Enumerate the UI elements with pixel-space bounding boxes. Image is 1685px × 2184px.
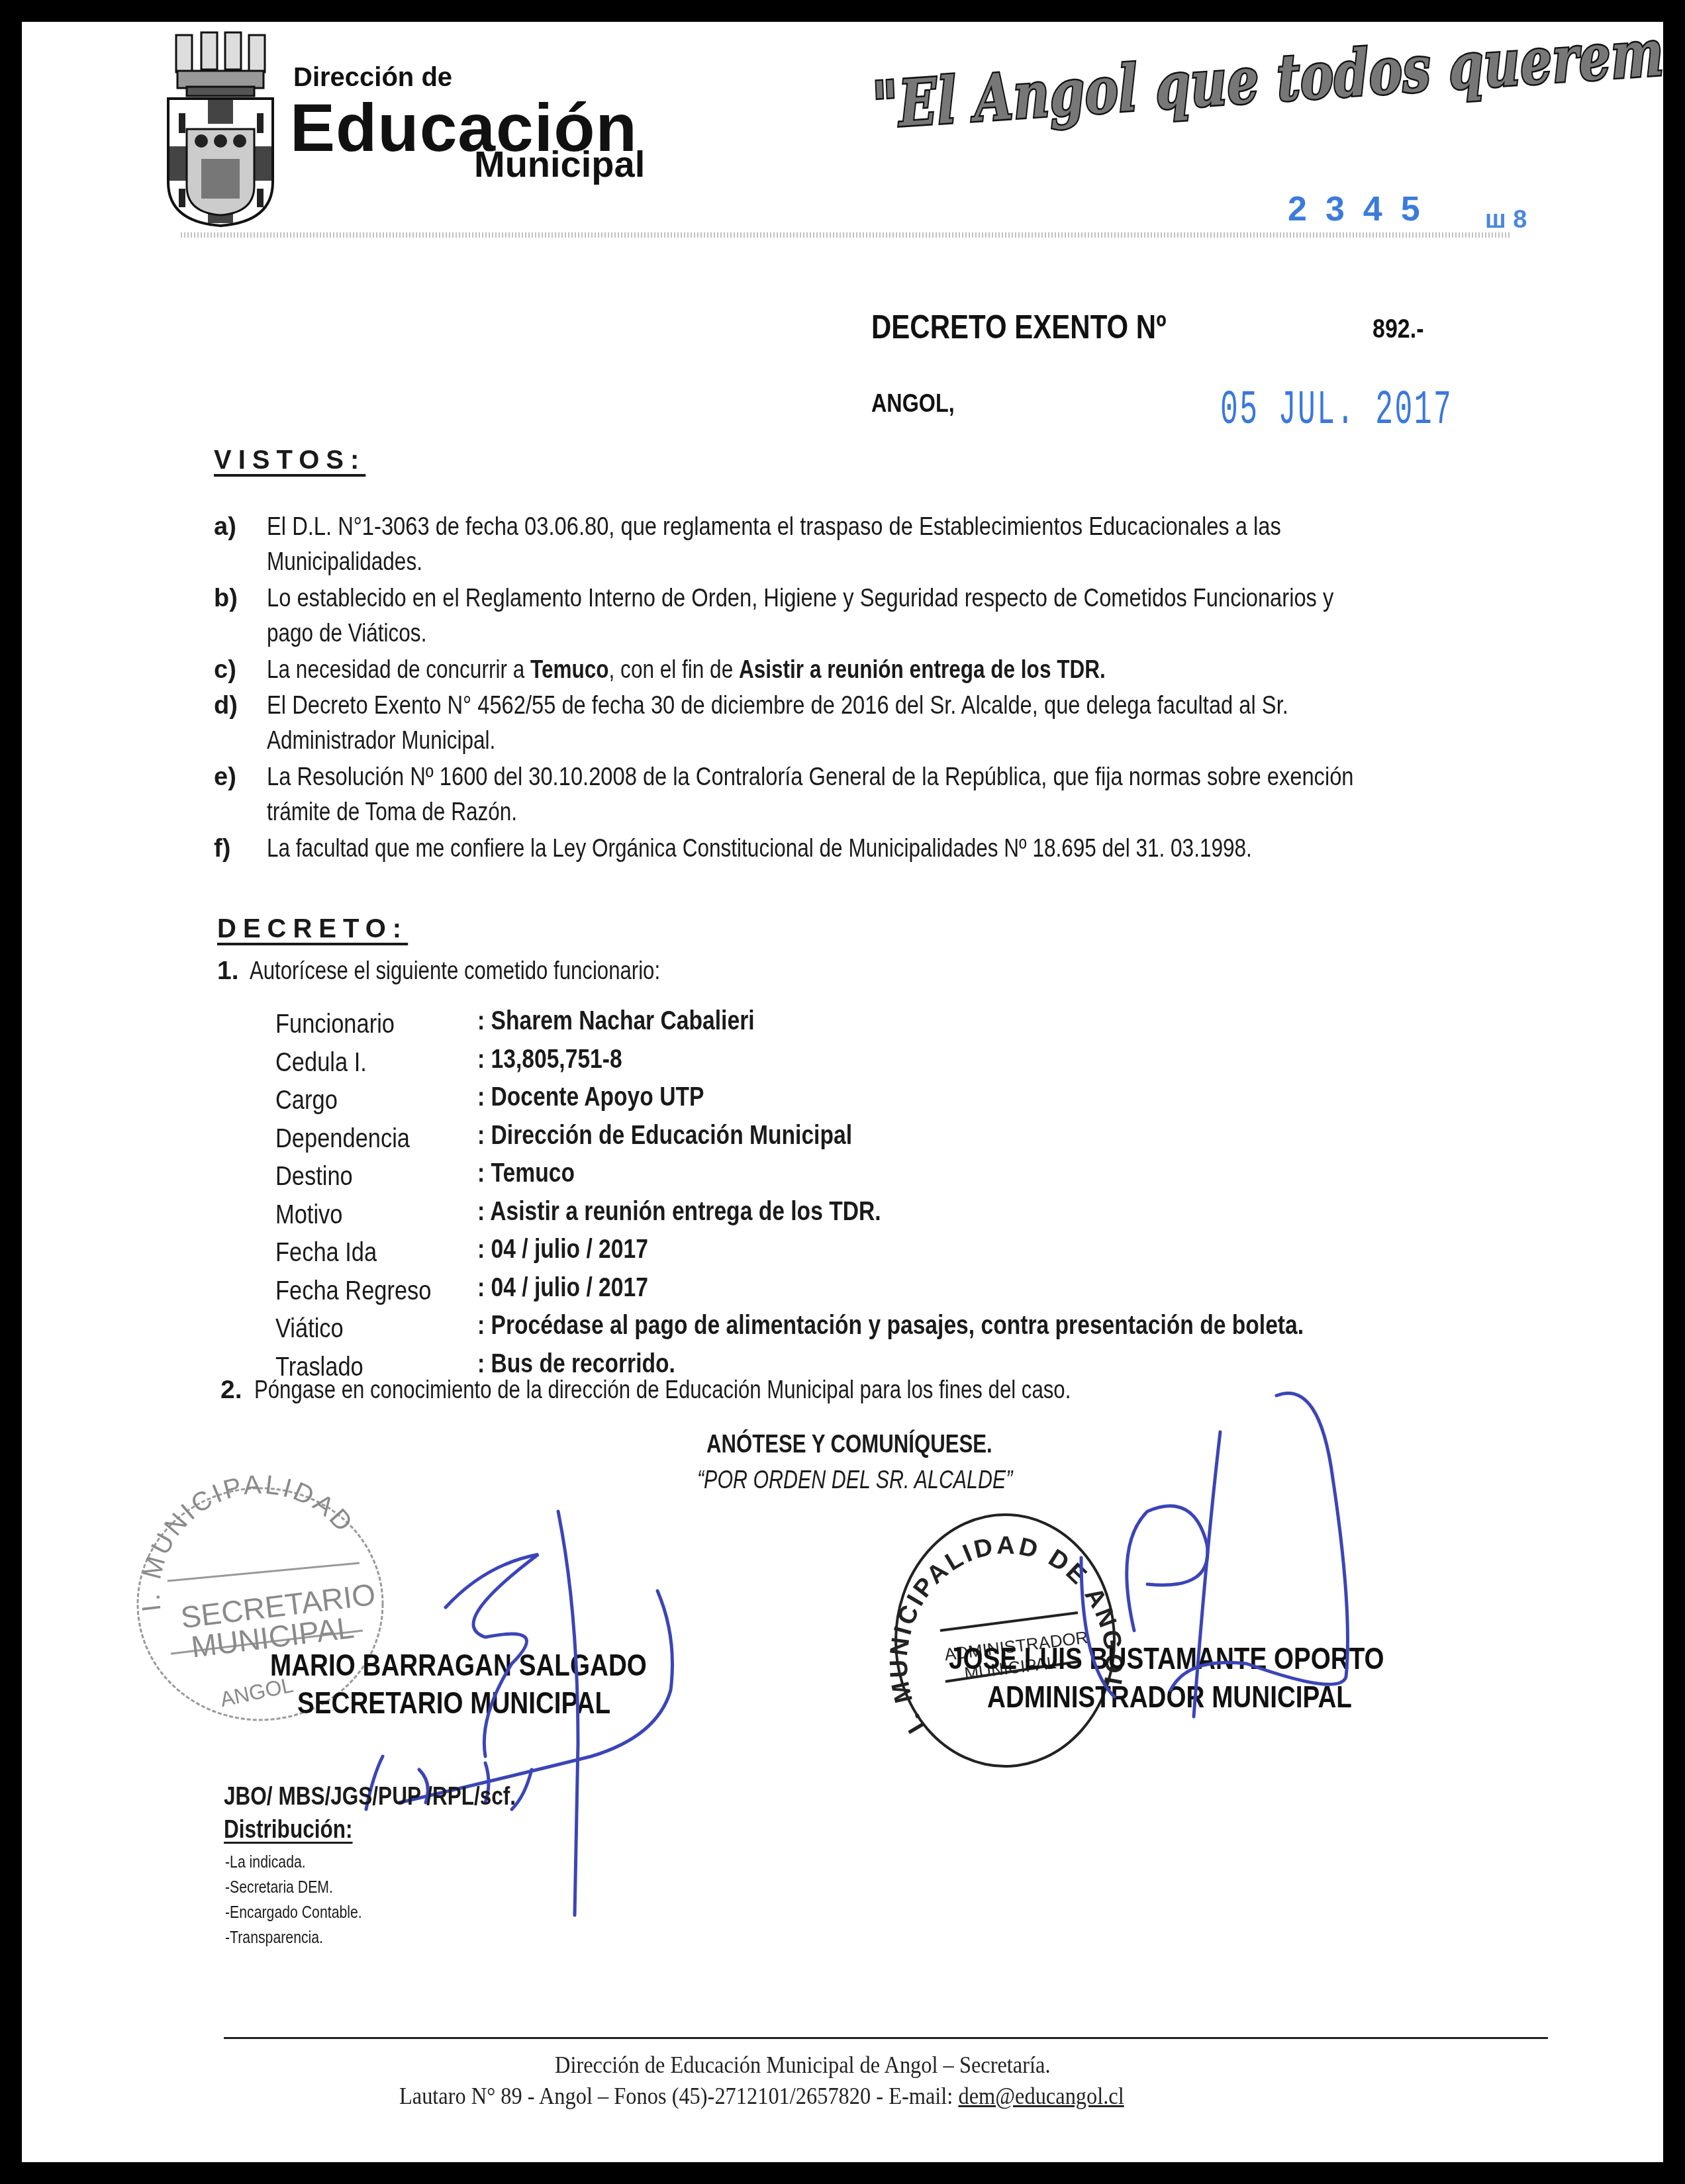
distribution-item: -Secretaria DEM.: [225, 1878, 352, 1897]
footer-line-1: Dirección de Educación Municipal de Ango…: [555, 2051, 1106, 2079]
footer-rule: [224, 2037, 1548, 2039]
initials-reference: JBO/ MBS/JGS/PUP /RPL/scf.: [224, 1783, 575, 1811]
distribution-item: -Encargado Contable.: [225, 1903, 386, 1923]
footer-email-link[interactable]: dem@educangol.cl: [958, 2083, 1124, 2109]
distribution-item: -La indicada.: [225, 1853, 320, 1872]
distribution-heading: Distribución:: [224, 1816, 379, 1844]
distribution-item: -Transparencia.: [225, 1928, 340, 1948]
footer-line-2: Lautaro N° 89 - Angol – Fonos (45)-27121…: [399, 2082, 1204, 2110]
document-page: Dirección de Educación Municipal "El Ang…: [22, 22, 1663, 2162]
